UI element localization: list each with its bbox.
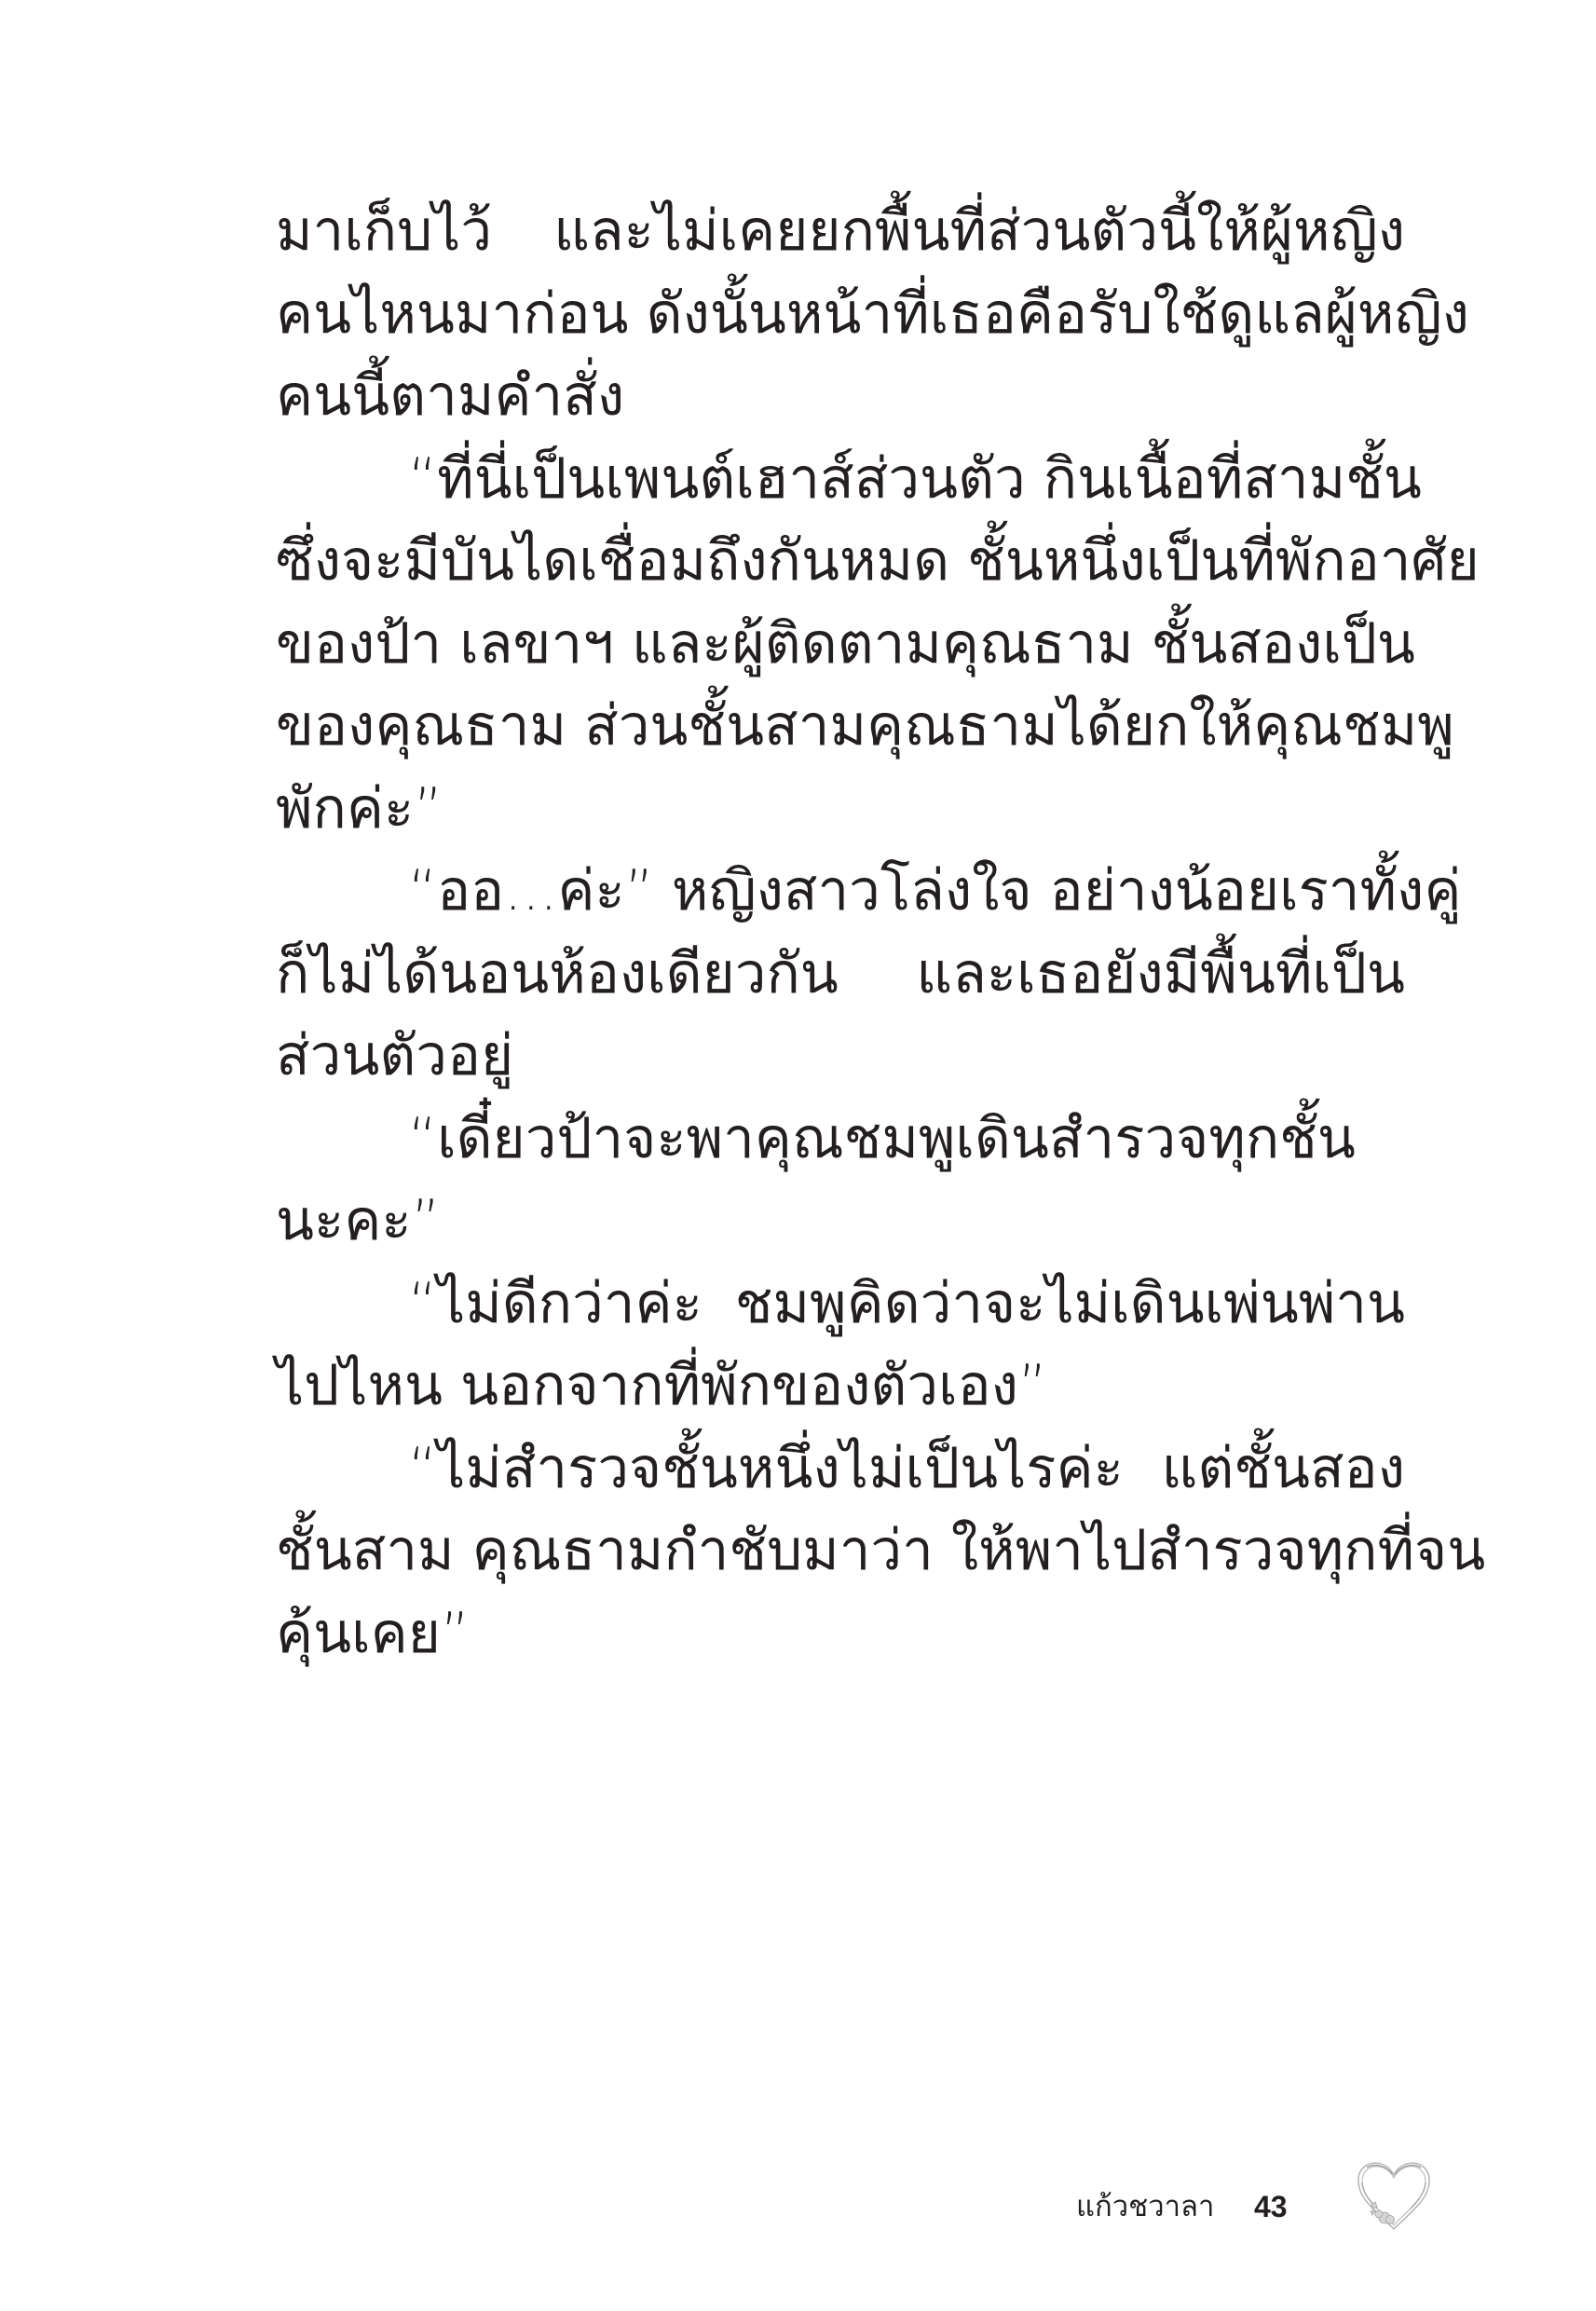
page-footer: แก้วชวาลา 43: [0, 2181, 1596, 2246]
text-line: “ออ...ค่ะ” หญิงสาวโล่งใจ อย่างน้อยเราทั้…: [276, 850, 1405, 933]
text-line: ของป้า เลขาฯ และผู้ติดตามคุณธาม ชั้นสองเ…: [276, 603, 1405, 686]
body-text: มาเก็บไว้ และไม่เคยยกพื้นที่ส่วนตัวนี้ให…: [276, 190, 1405, 1675]
text-line: พักค่ะ”: [276, 768, 1405, 851]
text-line: คุ้นเคย”: [276, 1593, 1405, 1675]
text-line: ของคุณธาม ส่วนชั้นสามคุณธามได้ยกให้คุณชม…: [276, 685, 1405, 768]
text-line: “เดี๋ยวป้าจะพาคุณชมพูเดินสำรวจทุกชั้น: [276, 1098, 1405, 1181]
text-line: ส่วนตัวอยู่: [276, 1015, 1405, 1098]
text-line: ก็ไม่ได้นอนห้องเดียวกัน และเธอยังมีพื้นท…: [276, 933, 1405, 1016]
text-line: ซึ่งจะมีบันไดเชื่อมถึงกันหมด ชั้นหนึ่งเป…: [276, 520, 1405, 603]
text-line: นะคะ”: [276, 1180, 1405, 1263]
running-title: แก้วชวาลา: [1076, 2188, 1214, 2225]
text-line: ไปไหน นอกจากที่พักของตัวเอง”: [276, 1345, 1405, 1428]
page-number: 43: [1254, 2188, 1288, 2225]
heart-wreath-icon: [1351, 2158, 1437, 2233]
text-line: มาเก็บไว้ และไม่เคยยกพื้นที่ส่วนตัวนี้ให…: [276, 190, 1405, 273]
text-line: คนนี้ตามคำสั่ง: [276, 355, 1405, 438]
book-page: มาเก็บไว้ และไม่เคยยกพื้นที่ส่วนตัวนี้ให…: [0, 0, 1596, 2311]
text-line: “ไม่ดีกว่าค่ะ ชมพูคิดว่าจะไม่เดินเพ่นพ่า…: [276, 1263, 1405, 1346]
text-line: ชั้นสาม คุณธามกำชับมาว่า ให้พาไปสำรวจทุก…: [276, 1510, 1405, 1593]
text-line: คนไหนมาก่อน ดังนั้นหน้าที่เธอคือรับใช้ดู…: [276, 273, 1405, 356]
text-line: “ไม่สำรวจชั้นหนึ่งไม่เป็นไรค่ะ แต่ชั้นสอ…: [276, 1428, 1405, 1511]
text-line: “ที่นี่เป็นเพนต์เฮาส์ส่วนตัว กินเนื้อที่…: [276, 438, 1405, 521]
